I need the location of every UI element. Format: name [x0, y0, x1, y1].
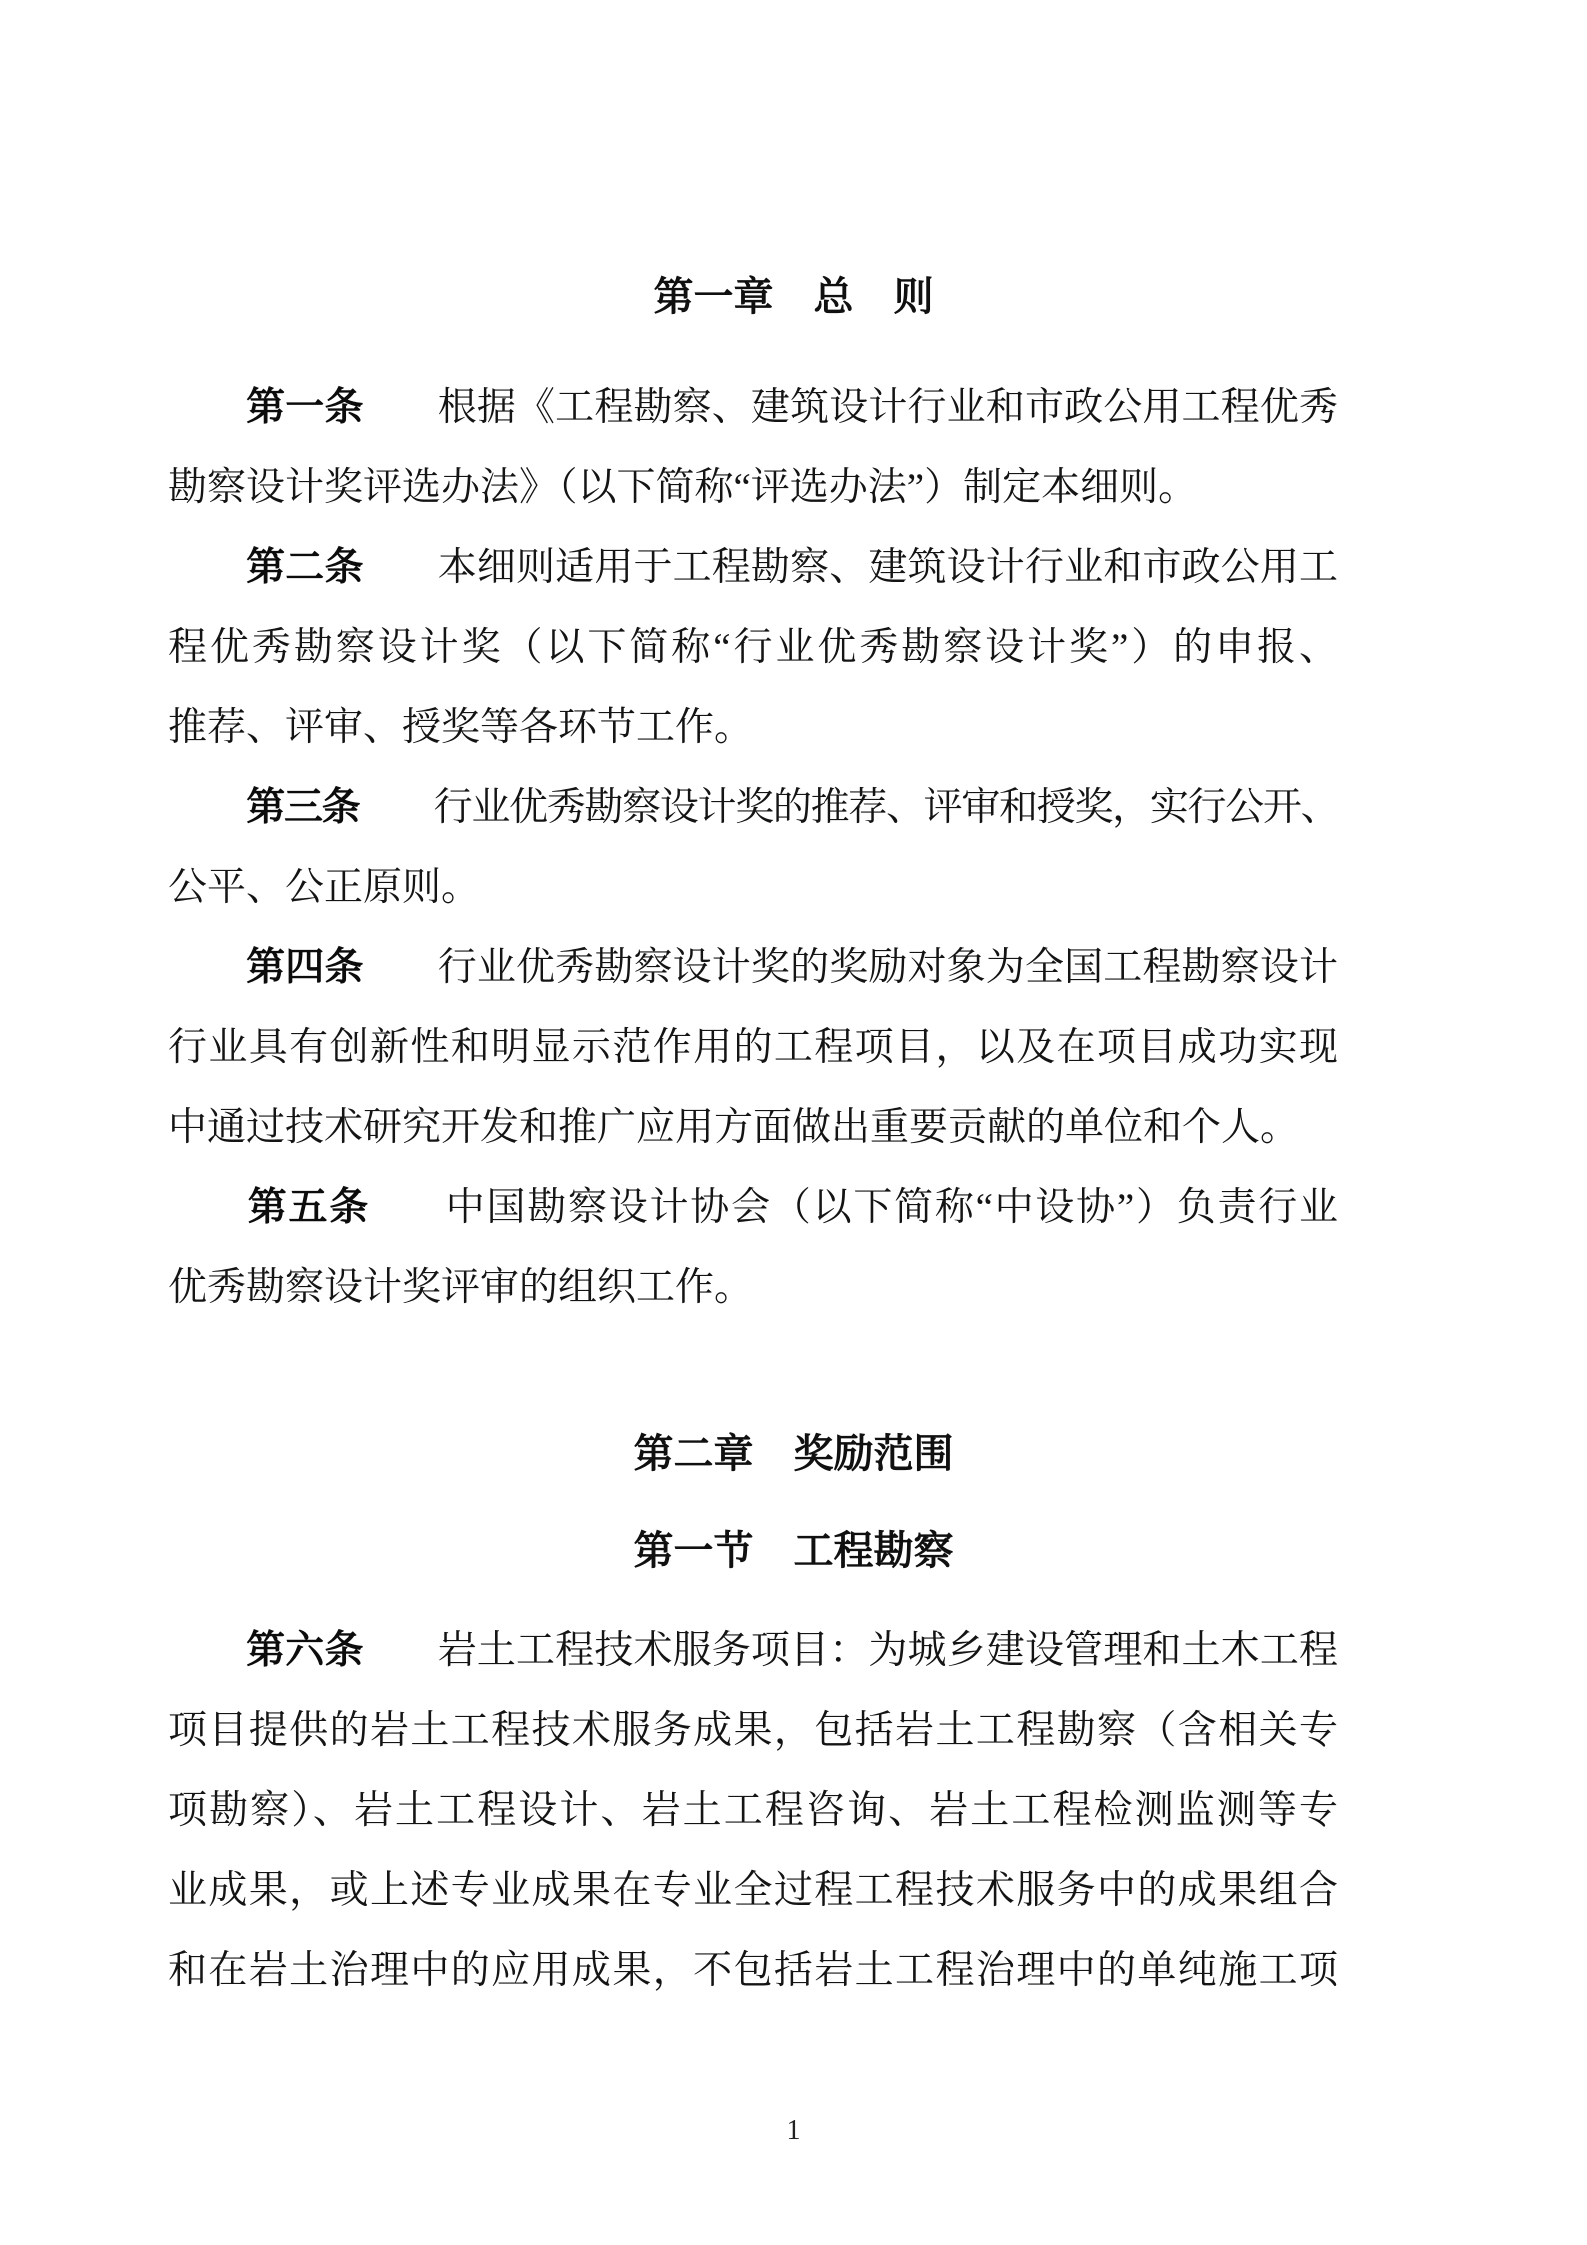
document-page: 第一章 总 则 第一条根据《工程勘察、建筑设计行业和市政公用工程优秀 勘察设计奖… [0, 0, 1587, 2245]
article-3-label: 第三条 [246, 786, 359, 829]
article-6-text: 岩土工程技术服务项目：为城乡建设管理和土木工程 [438, 1629, 1338, 1672]
label-gap [364, 419, 438, 420]
first-line-indent [168, 419, 246, 420]
label-gap [364, 1662, 438, 1663]
article-2-line-3: 推荐、评审、授奖等各环节工作。 [168, 688, 1338, 768]
label-gap [364, 979, 438, 980]
page-number: 1 [0, 2114, 1587, 2148]
label-gap [370, 1219, 444, 1220]
article-6-line-2: 项目提供的岩土工程技术服务成果，包括岩土工程勘察（含相关专 [168, 1691, 1338, 1771]
first-line-indent [168, 1662, 246, 1663]
article-2-label: 第二条 [246, 546, 364, 589]
article-3-text: 行业优秀勘察设计奖的推荐、评审和授奖，实行公开、 [433, 786, 1338, 829]
article-6-line-5: 和在岩土治理中的应用成果，不包括岩土工程治理中的单纯施工项 [168, 1931, 1338, 2011]
article-3-line-1: 第三条行业优秀勘察设计奖的推荐、评审和授奖，实行公开、 [168, 768, 1338, 848]
section-1-body: 第六条岩土工程技术服务项目：为城乡建设管理和土木工程 项目提供的岩土工程技术服务… [168, 1611, 1338, 2011]
article-5-text: 中国勘察设计协会（以下简称“中设协”）负责行业 [444, 1186, 1338, 1229]
article-6-line-1: 第六条岩土工程技术服务项目：为城乡建设管理和土木工程 [168, 1611, 1338, 1691]
first-line-indent [168, 979, 246, 980]
article-4-line-2: 行业具有创新性和明显示范作用的工程项目，以及在项目成功实现 [168, 1008, 1338, 1088]
article-4-line-3: 中通过技术研究开发和推广应用方面做出重要贡献的单位和个人。 [168, 1088, 1338, 1168]
article-5-line-2: 优秀勘察设计奖评审的组织工作。 [168, 1248, 1338, 1328]
article-1-label: 第一条 [246, 386, 364, 429]
article-6-label: 第六条 [246, 1629, 364, 1672]
chapter-1-body: 第一条根据《工程勘察、建筑设计行业和市政公用工程优秀 勘察设计奖评选办法》（以下… [168, 368, 1338, 1328]
article-1-line-1: 第一条根据《工程勘察、建筑设计行业和市政公用工程优秀 [168, 368, 1338, 448]
chapter-2-heading: 第二章 奖励范围 [0, 1431, 1587, 1477]
article-1-text: 根据《工程勘察、建筑设计行业和市政公用工程优秀 [438, 386, 1338, 429]
article-6-line-3: 项勘察）、岩土工程设计、岩土工程咨询、岩土工程检测监测等专 [168, 1771, 1338, 1851]
article-2-line-2: 程优秀勘察设计奖（以下简称“行业优秀勘察设计奖”）的申报、 [168, 608, 1338, 688]
article-4-text: 行业优秀勘察设计奖的奖励对象为全国工程勘察设计 [438, 946, 1338, 989]
first-line-indent [168, 1219, 246, 1220]
first-line-indent [168, 579, 246, 580]
article-6-line-4: 业成果，或上述专业成果在专业全过程工程技术服务中的成果组合 [168, 1851, 1338, 1931]
article-4-label: 第四条 [246, 946, 364, 989]
article-5-label: 第五条 [246, 1186, 370, 1229]
article-2-text: 本细则适用于工程勘察、建筑设计行业和市政公用工 [438, 546, 1338, 589]
article-2-line-1: 第二条本细则适用于工程勘察、建筑设计行业和市政公用工 [168, 528, 1338, 608]
label-gap [364, 579, 438, 580]
first-line-indent [168, 819, 246, 820]
article-4-line-1: 第四条行业优秀勘察设计奖的奖励对象为全国工程勘察设计 [168, 928, 1338, 1008]
article-3-line-2: 公平、公正原则。 [168, 848, 1338, 928]
article-1-line-2: 勘察设计奖评选办法》（以下简称“评选办法”）制定本细则。 [168, 448, 1338, 528]
chapter-1-heading: 第一章 总 则 [0, 274, 1587, 320]
article-5-line-1: 第五条中国勘察设计协会（以下简称“中设协”）负责行业 [168, 1168, 1338, 1248]
section-1-heading: 第一节 工程勘察 [0, 1528, 1587, 1574]
label-gap [359, 819, 433, 820]
